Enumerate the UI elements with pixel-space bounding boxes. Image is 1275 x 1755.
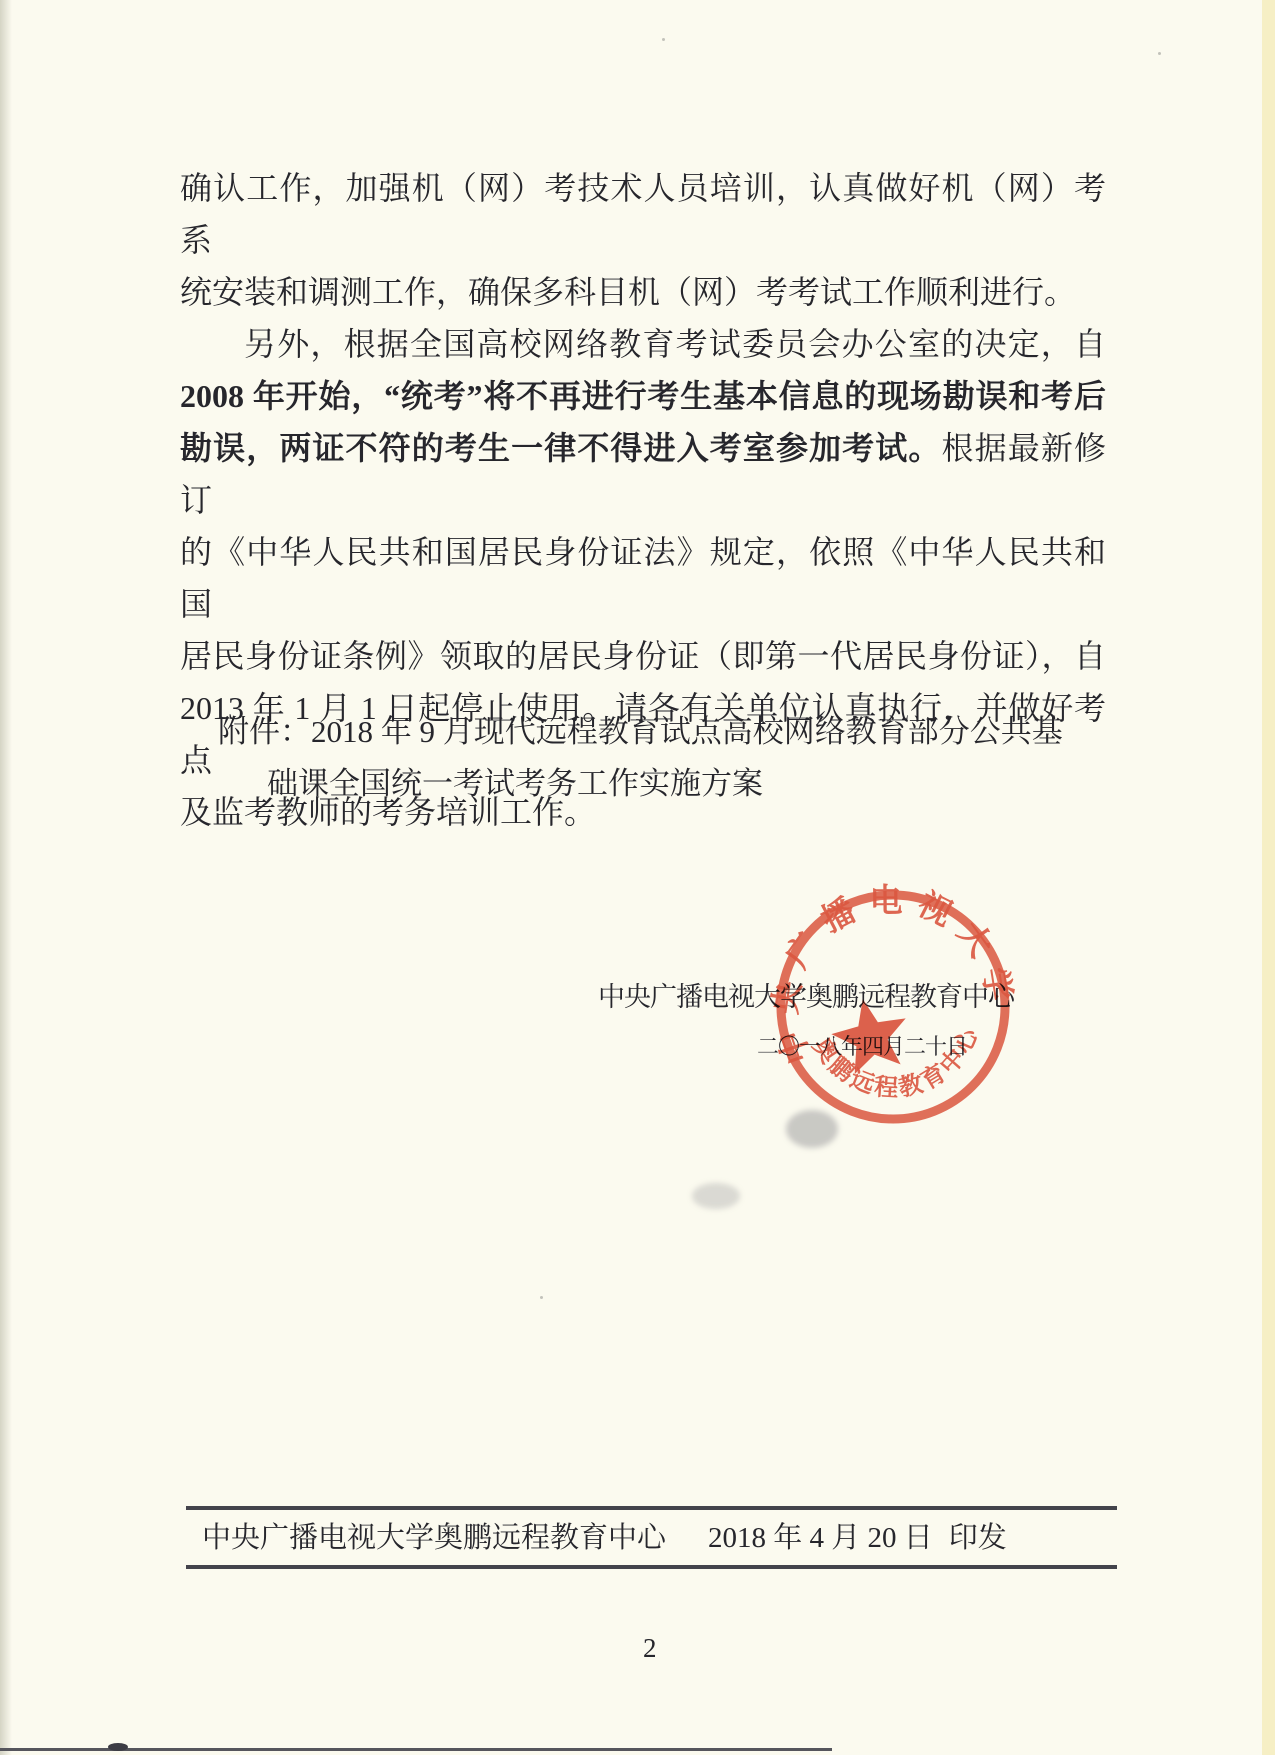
scan-bottom-smudge bbox=[108, 1743, 128, 1751]
footer-print-line: 中央广播电视大学奥鹏远程教育中心2018 年 4 月 20 日印发 bbox=[202, 1523, 1007, 1553]
body-line: 勘误，两证不符的考生一律不得进入考室参加考试。根据最新修订 bbox=[180, 422, 1106, 526]
body-line: 的《中华人民共和国居民身份证法》规定，依照《中华人民共和国 bbox=[180, 526, 1106, 630]
footer-print-date: 2018 年 4 月 20 日 bbox=[708, 1522, 933, 1554]
scan-speck bbox=[540, 1296, 543, 1299]
scanned-document-page: { "page": { "number": "2", "background":… bbox=[0, 0, 1275, 1755]
body-line: 另外，根据全国高校网络教育考试委员会办公室的决定，自 bbox=[180, 318, 1106, 370]
official-seal-stamp: 中央广播电视大学 奥鹏远程教育中心 bbox=[768, 882, 1018, 1132]
scan-edge-left bbox=[0, 0, 12, 1755]
attachment-line: 础课全国统一考试考务工作实施方案 bbox=[218, 758, 1068, 810]
footer-rule-top bbox=[186, 1506, 1117, 1510]
scan-edge-right bbox=[1262, 0, 1275, 1755]
body-line-bold-segment: 勘误，两证不符的考生一律不得进入考室参加考试。 bbox=[180, 430, 942, 466]
scan-speck bbox=[1158, 52, 1161, 55]
body-line: 统安装和调测工作，确保多科目机（网）考考试工作顺利进行。 bbox=[180, 266, 1106, 318]
scan-speck bbox=[662, 38, 665, 41]
body-line: 居民身份证条例》领取的居民身份证（即第一代居民身份证），自 bbox=[180, 630, 1106, 682]
body-line-bold: 2008 年开始，“统考”将不再进行考生基本信息的现场勘误和考后 bbox=[180, 370, 1106, 422]
footer-print-label: 印发 bbox=[949, 1522, 1007, 1554]
footer-rule-bottom bbox=[186, 1565, 1117, 1569]
attachment-line: 附件：2018 年 9 月现代远程教育试点高校网络教育部分公共基 bbox=[218, 706, 1068, 758]
ink-smudge bbox=[692, 1183, 740, 1209]
attachment-note: 附件：2018 年 9 月现代远程教育试点高校网络教育部分公共基 础课全国统一考… bbox=[218, 706, 1068, 810]
footer-org: 中央广播电视大学奥鹏远程教育中心 bbox=[202, 1522, 666, 1554]
body-line: 确认工作，加强机（网）考技术人员培训，认真做好机（网）考系 bbox=[180, 162, 1106, 266]
page-number: 2 bbox=[643, 1633, 657, 1663]
